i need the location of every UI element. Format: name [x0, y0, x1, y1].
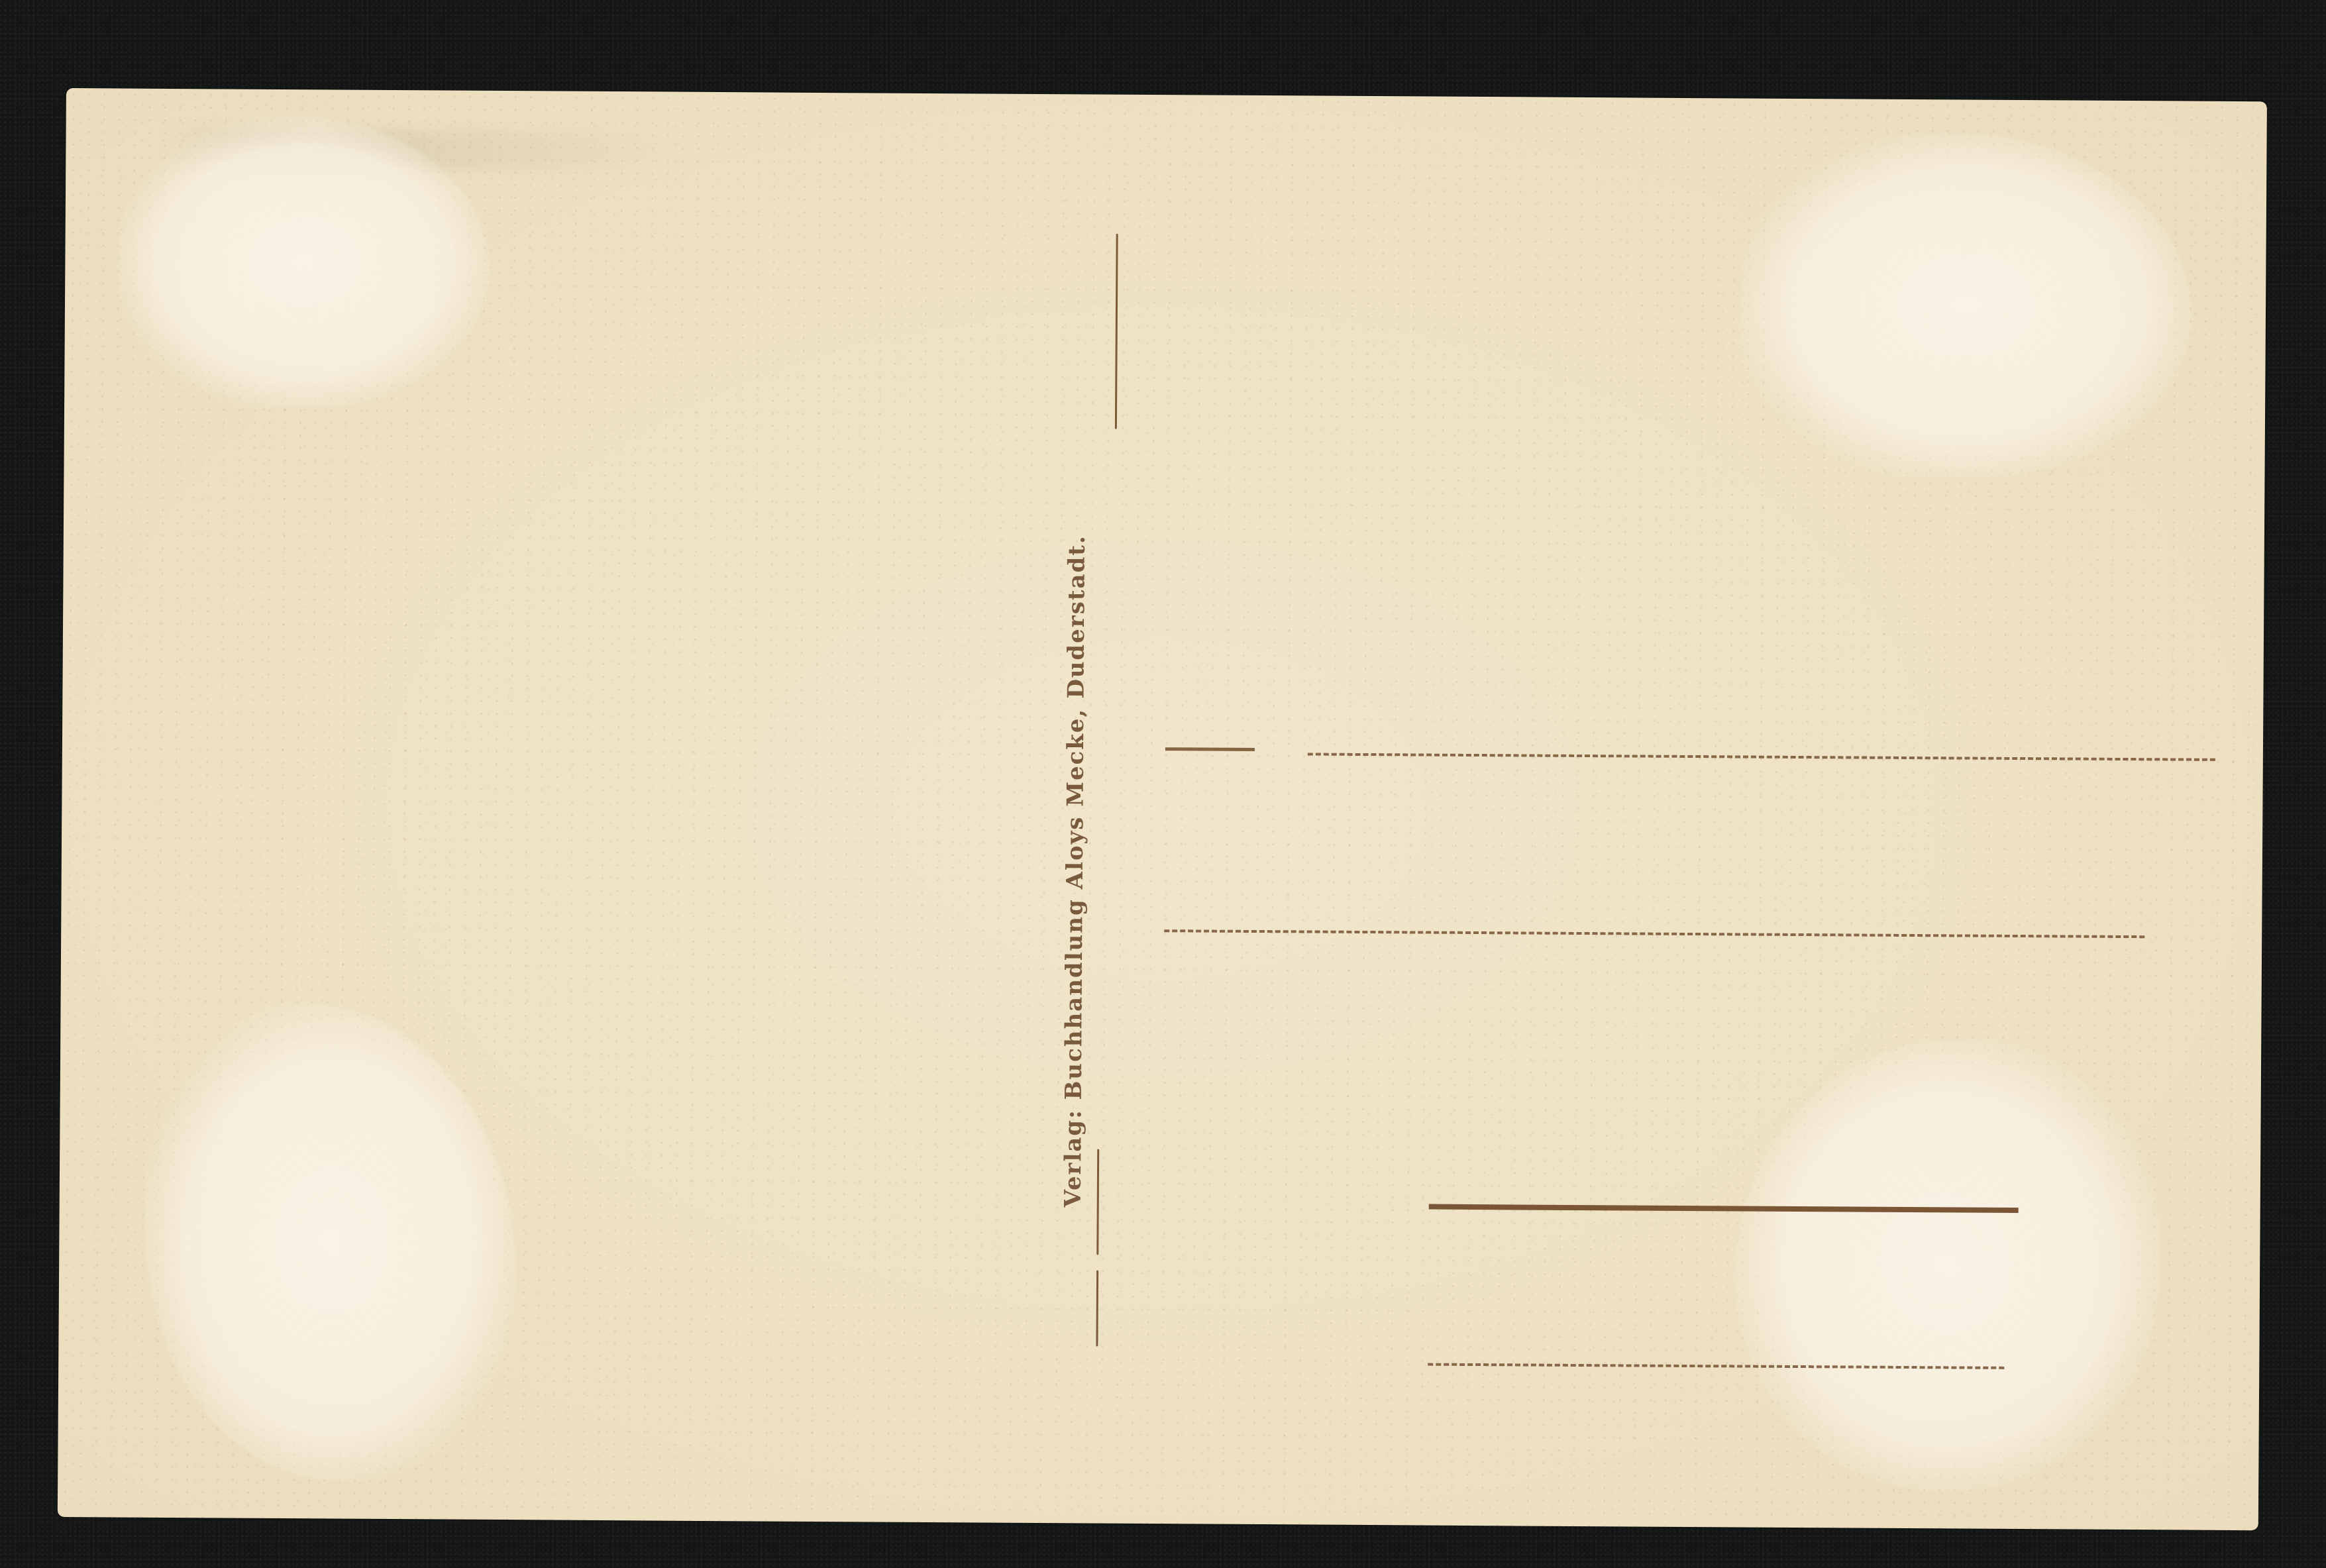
postcard-back: Verlag: Buchhandlung Aloys Mecke, Duders… [58, 88, 2267, 1530]
publisher-imprint: Verlag: Buchhandlung Aloys Mecke, Duders… [1059, 545, 1092, 1207]
address-line-1 [1308, 753, 2215, 760]
address-line-2 [1164, 929, 2144, 938]
album-mount-residue-bottom-right [1734, 1039, 2160, 1492]
divider-line-top [1115, 234, 1118, 429]
address-line-1-start [1165, 747, 1255, 751]
album-mount-residue-top-right [1740, 131, 2192, 478]
album-mount-residue-bottom-left [144, 1003, 517, 1482]
divider-line-bottom-2 [1096, 1271, 1098, 1347]
divider-line-bottom [1096, 1149, 1099, 1255]
